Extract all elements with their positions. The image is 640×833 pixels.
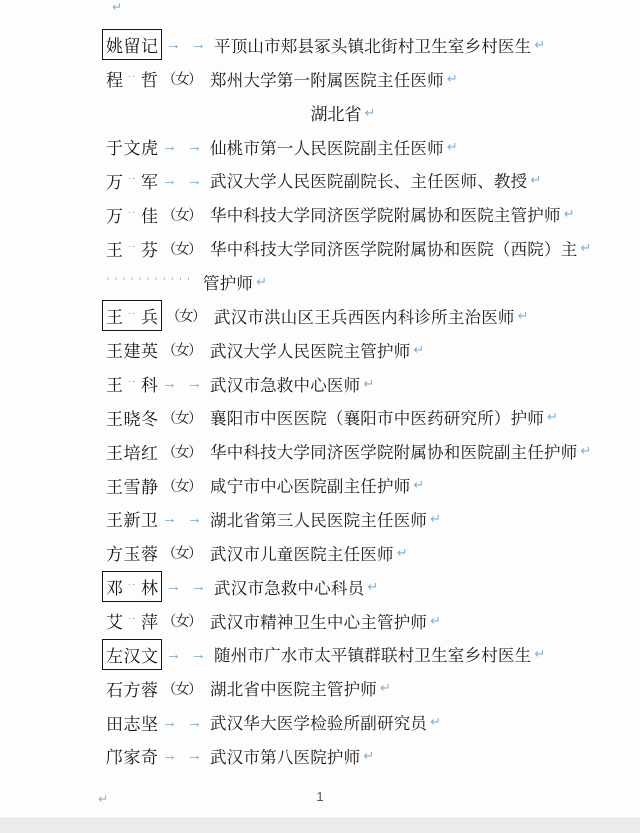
tab-arrow-icon: → <box>162 375 177 392</box>
paragraph-mark-icon: ↵ <box>363 748 374 764</box>
tab-arrow-icon: → <box>162 172 177 189</box>
paragraph-mark-icon: ↵ <box>534 646 545 662</box>
name-char: 王 <box>106 439 123 464</box>
person-name-boxed: 姚留记 <box>102 29 162 60</box>
paragraph-mark-icon: ↵ <box>580 240 591 256</box>
person-name-boxed: 邓··林 <box>102 571 162 602</box>
name-char: 石 <box>106 676 123 701</box>
person-name: 于文虎 <box>106 134 158 159</box>
name-char: 王 <box>106 405 123 430</box>
female-marker: （女） <box>162 610 210 631</box>
space-dots: ·· <box>128 173 137 184</box>
entry-row: 左汉文→→随州市广水市太平镇群联村卫生室乡村医生↵ <box>106 637 580 671</box>
person-name: 石方蓉 <box>106 676 158 701</box>
name-char: 培 <box>124 439 141 464</box>
female-marker: （女） <box>162 475 210 496</box>
space-dots: ·· <box>128 579 137 590</box>
entry-row: 程··哲（女）郑州大学第一附属医院主任医师↵ <box>106 62 580 96</box>
person-name: 王雪静 <box>106 473 158 498</box>
paragraph-mark-icon: ↵ <box>580 443 591 459</box>
tab-arrow-icon: → <box>162 138 177 155</box>
tab-arrow-icon: → <box>187 510 202 527</box>
name-char: 卫 <box>141 506 158 531</box>
page-footer: ↵ 1 <box>98 789 542 809</box>
tab-arrows: →→ <box>166 578 206 595</box>
entry-row: 王培红（女）华中科技大学同济医学院附属协和医院副主任护师↵ <box>106 434 580 468</box>
female-marker: （女） <box>162 68 210 89</box>
tab-arrows: →→ <box>162 714 202 731</box>
tab-arrow-icon: → <box>166 578 181 595</box>
name-char: 佳 <box>141 202 158 227</box>
paragraph-mark-icon: ↵ <box>380 680 391 696</box>
affiliation-title-text: 武汉市精神卫生中心主管护师 <box>210 609 427 633</box>
entry-row: 姚留记→→平顶山市郏县冢头镇北街村卫生室乡村医生↵ <box>106 28 580 62</box>
page-number: 1 <box>98 789 542 804</box>
tab-arrow-icon: → <box>166 36 181 53</box>
tab-arrow-icon: → <box>191 36 206 53</box>
tab-arrows: →→ <box>162 172 202 189</box>
affiliation-title-text: 华中科技大学同济医学院附属协和医院主管护师 <box>210 202 561 226</box>
affiliation-title-text: 咸宁市中心医院副主任护师 <box>210 473 410 497</box>
entry-row: 王··科→→武汉市急救中心医师↵ <box>106 367 580 401</box>
tab-arrows: →→ <box>162 747 202 764</box>
name-char: 方 <box>124 676 141 701</box>
name-char: 英 <box>141 337 158 362</box>
person-name: 邝家奇 <box>106 743 158 768</box>
name-char: 邝 <box>106 743 123 768</box>
entry-row: 方玉蓉（女）武汉市儿童医院主任医师↵ <box>106 536 580 570</box>
entry-row: 邝家奇→→武汉市第八医院护师↵ <box>106 739 580 773</box>
paragraph-mark-icon: ↵ <box>367 579 378 595</box>
person-name-boxed: 王··兵 <box>102 300 162 331</box>
tab-arrow-icon: → <box>187 375 202 392</box>
paragraph-mark-icon: ↵ <box>112 0 122 14</box>
name-char: 方 <box>106 540 123 565</box>
entry-row: 石方蓉（女）湖北省中医院主管护师↵ <box>106 671 580 705</box>
tab-arrows: →→ <box>166 36 206 53</box>
tab-arrow-icon: → <box>162 714 177 731</box>
name-char: 虎 <box>141 134 158 159</box>
paragraph-mark-icon: ↵ <box>363 376 374 392</box>
entry-row: 王新卫→→湖北省第三人民医院主任医师↵ <box>106 502 580 536</box>
space-dots: ·· <box>128 71 137 82</box>
tab-arrows: →→ <box>162 375 202 392</box>
affiliation-title-text: 郑州大学第一附属医院主任医师 <box>210 67 444 91</box>
name-char: 文 <box>141 642 158 667</box>
name-char: 兵 <box>141 303 158 328</box>
name-char: 田 <box>106 710 123 735</box>
entry-row: 艾··萍（女）武汉市精神卫生中心主管护师↵ <box>106 604 580 638</box>
paragraph-mark-icon: ↵ <box>447 139 458 155</box>
space-dots: ·· <box>128 376 137 387</box>
tab-arrows: →→ <box>162 510 202 527</box>
title-continuation-text: 管护师 <box>203 270 253 294</box>
tab-arrow-icon: → <box>187 747 202 764</box>
name-char: 红 <box>141 439 158 464</box>
name-char: 萍 <box>141 608 158 633</box>
affiliation-title-text: 仙桃市第一人民医院副主任医师 <box>210 135 444 159</box>
name-char: 王 <box>106 236 123 261</box>
person-name: 王新卫 <box>106 506 158 531</box>
name-char: 万 <box>106 202 123 227</box>
tab-arrow-icon: → <box>162 747 177 764</box>
person-name-boxed: 左汉文 <box>102 639 162 670</box>
affiliation-title-text: 湖北省第三人民医院主任医师 <box>210 507 427 531</box>
affiliation-title-text: 湖北省中医院主管护师 <box>210 676 377 700</box>
tab-arrow-icon: → <box>191 646 206 663</box>
name-char: 王 <box>106 371 123 396</box>
person-name: 王培红 <box>106 439 158 464</box>
affiliation-title-text: 武汉市洪山区王兵西医内科诊所主治医师 <box>214 304 515 328</box>
entry-row: 万··军→→武汉大学人民医院副院长、主任医师、教授↵ <box>106 163 580 197</box>
tab-arrow-icon: → <box>187 172 202 189</box>
female-marker: （女） <box>162 238 210 259</box>
affiliation-title-text: 武汉大学人民医院副院长、主任医师、教授 <box>210 168 527 192</box>
female-marker: （女） <box>162 441 210 462</box>
paragraph-mark-icon: ↵ <box>397 545 408 561</box>
tab-arrow-icon: → <box>187 138 202 155</box>
name-char: 艾 <box>106 608 123 633</box>
entry-row: 于文虎→→仙桃市第一人民医院副主任医师↵ <box>106 130 580 164</box>
affiliation-title-text: 随州市广水市太平镇群联村卫生室乡村医生 <box>214 642 531 666</box>
name-char: 建 <box>124 337 141 362</box>
name-char: 志 <box>124 710 141 735</box>
name-char: 坚 <box>141 710 158 735</box>
name-char: 程 <box>106 66 123 91</box>
name-char: 晓 <box>124 405 141 430</box>
person-name: 万··佳 <box>106 202 158 227</box>
person-name: 王··芬 <box>106 236 158 261</box>
entry-row: 王建英（女）武汉大学人民医院主管护师↵ <box>106 333 580 367</box>
name-char: 万 <box>106 168 123 193</box>
name-char: 邓 <box>106 574 123 599</box>
person-name: 王··科 <box>106 371 158 396</box>
space-dots-leader: ··········· <box>106 273 203 285</box>
paragraph-mark-icon: ↵ <box>413 342 424 358</box>
entry-row: 王雪静（女）咸宁市中心医院副主任护师↵ <box>106 468 580 502</box>
paragraph-mark-icon: ↵ <box>547 409 558 425</box>
space-dots: ·· <box>128 308 137 319</box>
name-char: 左 <box>106 642 123 667</box>
female-marker: （女） <box>166 305 214 326</box>
affiliation-title-text: 襄阳市中医医院（襄阳市中医药研究所）护师 <box>210 405 544 429</box>
person-name: 方玉蓉 <box>106 540 158 565</box>
person-name: 艾··萍 <box>106 608 158 633</box>
entry-row: 王··芬（女）华中科技大学同济医学院附属协和医院（西院）主↵ <box>106 231 580 265</box>
entry-row: 邓··林→→武汉市急救中心科员↵ <box>106 570 580 604</box>
name-char: 军 <box>141 168 158 193</box>
affiliation-title-text: 武汉市第八医院护师 <box>210 744 360 768</box>
name-title-list: 姚留记→→平顶山市郏县冢头镇北街村卫生室乡村医生↵程··哲（女）郑州大学第一附属… <box>106 28 580 773</box>
name-char: 林 <box>141 574 158 599</box>
wrapped-line-row: ···········管护师↵ <box>106 265 580 299</box>
person-name: 王建英 <box>106 337 158 362</box>
name-char: 王 <box>106 303 123 328</box>
name-char: 记 <box>141 32 158 57</box>
paragraph-mark-icon: ↵ <box>430 714 441 730</box>
page-bottom-edge <box>0 818 640 833</box>
tab-arrows: →→ <box>166 646 206 663</box>
space-dots: ·· <box>128 613 137 624</box>
paragraph-mark-icon: ↵ <box>530 172 541 188</box>
name-char: 奇 <box>141 743 158 768</box>
paragraph-mark-icon: ↵ <box>518 308 529 324</box>
name-char: 王 <box>106 337 123 362</box>
affiliation-title-text: 武汉华大医学检验所副研究员 <box>210 710 427 734</box>
name-char: 王 <box>106 506 123 531</box>
tab-arrow-icon: → <box>166 646 181 663</box>
person-name: 田志坚 <box>106 710 158 735</box>
name-char: 蓉 <box>141 676 158 701</box>
paragraph-mark-icon: ↵ <box>430 613 441 629</box>
female-marker: （女） <box>162 678 210 699</box>
name-char: 文 <box>124 134 141 159</box>
tab-arrow-icon: → <box>191 578 206 595</box>
province-heading: 湖北省 <box>311 100 362 125</box>
affiliation-title-text: 武汉大学人民医院主管护师 <box>210 338 410 362</box>
person-name: 万··军 <box>106 168 158 193</box>
entry-row: 万··佳（女）华中科技大学同济医学院附属协和医院主管护师↵ <box>106 197 580 231</box>
name-char: 家 <box>124 743 141 768</box>
person-name: 王晓冬 <box>106 405 158 430</box>
name-char: 科 <box>141 371 158 396</box>
tab-arrow-icon: → <box>187 714 202 731</box>
paragraph-mark-icon: ↵ <box>256 274 267 290</box>
name-char: 冬 <box>141 405 158 430</box>
space-dots: ·· <box>128 241 137 252</box>
name-char: 芬 <box>141 236 158 261</box>
affiliation-title-text: 武汉市儿童医院主任医师 <box>210 541 394 565</box>
name-char: 于 <box>106 134 123 159</box>
entry-row: 王··兵（女）武汉市洪山区王兵西医内科诊所主治医师↵ <box>106 299 580 333</box>
name-char: 玉 <box>124 540 141 565</box>
female-marker: （女） <box>162 339 210 360</box>
name-char: 雪 <box>124 473 141 498</box>
affiliation-title-text: 华中科技大学同济医学院附属协和医院副主任护师 <box>210 439 577 463</box>
paragraph-mark-icon: ↵ <box>430 511 441 527</box>
paragraph-mark-icon: ↵ <box>413 477 424 493</box>
paragraph-mark-icon: ↵ <box>447 71 458 87</box>
entry-row: 王晓冬（女）襄阳市中医医院（襄阳市中医药研究所）护师↵ <box>106 400 580 434</box>
name-char: 王 <box>106 473 123 498</box>
name-char: 留 <box>124 32 141 57</box>
name-char: 静 <box>141 473 158 498</box>
entry-row: 田志坚→→武汉华大医学检验所副研究员↵ <box>106 705 580 739</box>
name-char: 姚 <box>106 32 123 57</box>
affiliation-title-text: 华中科技大学同济医学院附属协和医院（西院）主 <box>210 236 577 260</box>
space-dots: ·· <box>128 207 137 218</box>
person-name: 程··哲 <box>106 66 158 91</box>
affiliation-title-text: 平顶山市郏县冢头镇北街村卫生室乡村医生 <box>214 33 531 57</box>
document-page: ↵ 姚留记→→平顶山市郏县冢头镇北街村卫生室乡村医生↵程··哲（女）郑州大学第一… <box>0 0 640 833</box>
female-marker: （女） <box>162 204 210 225</box>
affiliation-title-text: 武汉市急救中心科员 <box>214 575 364 599</box>
name-char: 蓉 <box>141 540 158 565</box>
affiliation-title-text: 武汉市急救中心医师 <box>210 372 360 396</box>
female-marker: （女） <box>162 542 210 563</box>
name-char: 汉 <box>124 642 141 667</box>
name-char: 哲 <box>141 66 158 91</box>
paragraph-mark-icon: ↵ <box>365 105 376 121</box>
name-char: 新 <box>124 506 141 531</box>
tab-arrow-icon: → <box>162 510 177 527</box>
tab-arrows: →→ <box>162 138 202 155</box>
female-marker: （女） <box>162 407 210 428</box>
province-heading-row: 湖北省↵ <box>106 96 580 130</box>
paragraph-mark-icon: ↵ <box>534 37 545 53</box>
paragraph-mark-icon: ↵ <box>564 206 575 222</box>
